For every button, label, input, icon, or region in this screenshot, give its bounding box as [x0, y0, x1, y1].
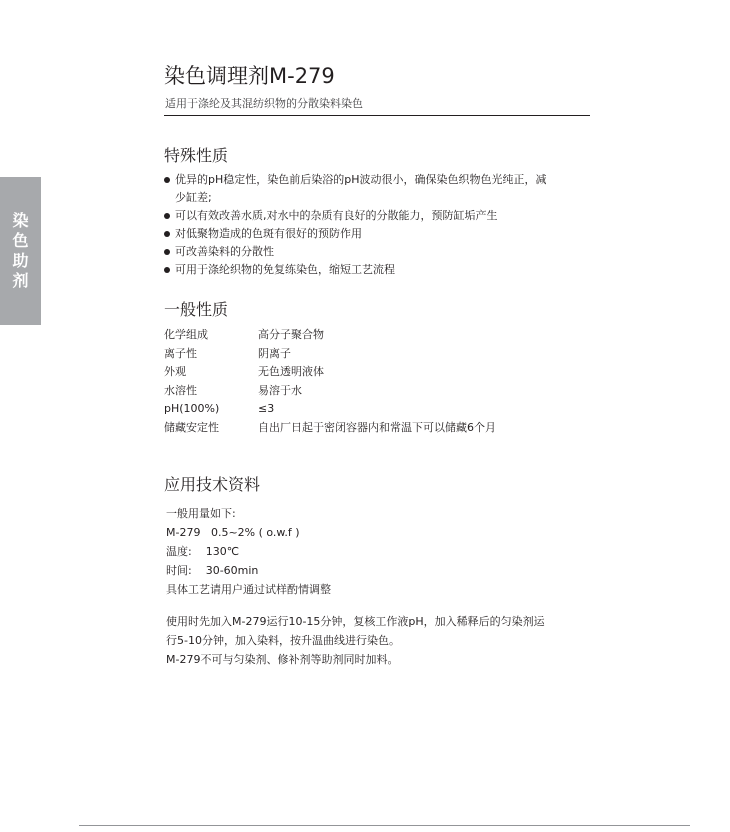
- bullet-icon: [164, 249, 170, 255]
- dosage-value: M-279 0.5~2% ( o.w.f ): [166, 523, 331, 542]
- usage-notes: 使用时先加入M-279运行10-15分钟，复核工作液pH，加入稀释后的匀染剂运 …: [166, 612, 596, 669]
- bullet-icon: [164, 177, 170, 183]
- usage-note-line: M-279不可与匀染剂、修补剂等助剂同时加料。: [166, 650, 596, 669]
- property-key: 离子性: [164, 345, 258, 364]
- list-item: 优异的pH稳定性，染色前后染浴的pH波动很小，确保染色织物色光纯正，减 少缸差;: [164, 171, 594, 207]
- property-value: ≤3: [258, 400, 274, 419]
- special-properties-list: 优异的pH稳定性，染色前后染浴的pH波动很小，确保染色织物色光纯正，减 少缸差;…: [164, 171, 594, 279]
- list-item: 可用于涤纶织物的免复练染色，缩短工艺流程: [164, 261, 594, 279]
- list-item-text: 对低聚物造成的色斑有很好的预防作用: [175, 225, 594, 243]
- list-item-text: 可改善染料的分散性: [175, 243, 594, 261]
- side-tab-char: 色: [12, 231, 28, 251]
- category-side-tab: 染 色 助 剂: [0, 177, 41, 325]
- time-value: 时间: 30-60min: [166, 561, 331, 580]
- property-row: 水溶性 易溶于水: [164, 382, 496, 401]
- temperature-value: 温度: 130℃: [166, 542, 331, 561]
- side-tab-char: 染: [12, 211, 28, 231]
- usage-note-line: 使用时先加入M-279运行10-15分钟，复核工作液pH，加入稀释后的匀染剂运: [166, 612, 596, 631]
- side-tab-char: 助: [12, 251, 28, 271]
- list-item-text: 可以有效改善水质,对水中的杂质有良好的分散能力，预防缸垢产生: [175, 207, 594, 225]
- property-key: 化学组成: [164, 326, 258, 345]
- property-key: pH(100%): [164, 400, 258, 419]
- property-value: 高分子聚合物: [258, 326, 324, 345]
- bullet-icon: [164, 231, 170, 237]
- list-item: 对低聚物造成的色斑有很好的预防作用: [164, 225, 594, 243]
- property-value: 易溶于水: [258, 382, 302, 401]
- property-row: 离子性 阴离子: [164, 345, 496, 364]
- property-row: pH(100%) ≤3: [164, 400, 496, 419]
- footer-divider: [79, 825, 690, 826]
- list-item-text: 可用于涤纶织物的免复练染色，缩短工艺流程: [175, 261, 594, 279]
- property-value: 无色透明液体: [258, 363, 324, 382]
- process-note: 具体工艺请用户通过试样酌情调整: [166, 580, 331, 599]
- general-properties-table: 化学组成 高分子聚合物 离子性 阴离子 外观 无色透明液体 水溶性 易溶于水 p…: [164, 326, 496, 437]
- page-subtitle: 适用于涤纶及其混纺织物的分散染料染色: [165, 96, 363, 111]
- property-value: 自出厂日起于密闭容器内和常温下可以储藏6个月: [258, 419, 496, 438]
- technical-data-block: 一般用量如下: M-279 0.5~2% ( o.w.f ) 温度: 130℃ …: [166, 504, 331, 599]
- property-row: 外观 无色透明液体: [164, 363, 496, 382]
- side-tab-char: 剂: [12, 271, 28, 291]
- property-key: 储藏安定性: [164, 419, 258, 438]
- property-value: 阴离子: [258, 345, 291, 364]
- property-row: 储藏安定性 自出厂日起于密闭容器内和常温下可以储藏6个月: [164, 419, 496, 438]
- page-title: 染色调理剂M-279: [164, 62, 335, 90]
- usage-note-line: 行5-10分钟，加入染料，按升温曲线进行染色。: [166, 631, 596, 650]
- list-item: 可以有效改善水质,对水中的杂质有良好的分散能力，预防缸垢产生: [164, 207, 594, 225]
- technical-data-heading: 应用技术资料: [164, 474, 260, 496]
- special-properties-heading: 特殊性质: [164, 145, 228, 167]
- bullet-icon: [164, 267, 170, 273]
- property-key: 外观: [164, 363, 258, 382]
- list-item-text-continued: 少缸差;: [175, 189, 594, 207]
- list-item-text: 优异的pH稳定性，染色前后染浴的pH波动很小，确保染色织物色光纯正，减: [175, 171, 594, 189]
- general-properties-heading: 一般性质: [164, 299, 228, 321]
- property-row: 化学组成 高分子聚合物: [164, 326, 496, 345]
- dosage-intro: 一般用量如下:: [166, 504, 331, 523]
- title-divider: [164, 115, 590, 116]
- list-item: 可改善染料的分散性: [164, 243, 594, 261]
- property-key: 水溶性: [164, 382, 258, 401]
- bullet-icon: [164, 213, 170, 219]
